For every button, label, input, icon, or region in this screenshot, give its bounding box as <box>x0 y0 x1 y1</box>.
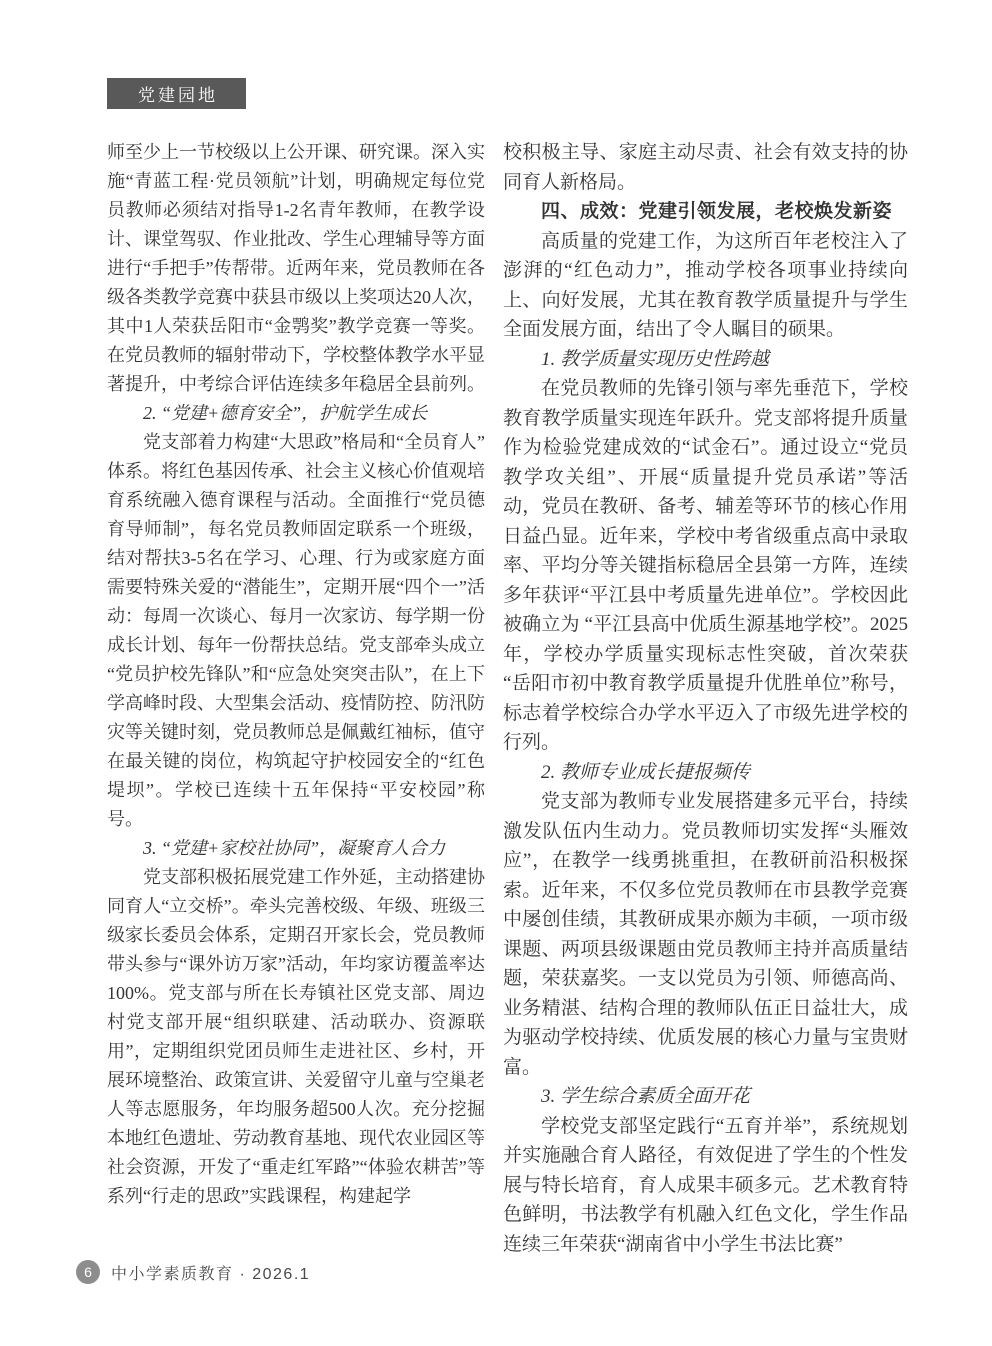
section-heading: 四、成效：党建引领发展，老校焕发新姿 <box>503 197 908 227</box>
paragraph: 党支部为教师专业发展搭建多元平台，持续激发队伍内生动力。党员教师切实发挥“头雁效… <box>503 787 908 1082</box>
paragraph: 党支部着力构建“大思政”格局和“全员育人”体系。将红色基因传承、社会主义核心价值… <box>107 428 485 834</box>
page-number-badge: 6 <box>76 1260 100 1284</box>
journal-title: 中小学素质教育 · 2026.1 <box>111 1261 310 1284</box>
paragraph: 师至少上一节校级以上公开课、研究课。深入实施“青蓝工程·党员领航”计划，明确规定… <box>107 138 485 399</box>
subsection-heading: 2. 教师专业成长捷报频传 <box>503 758 908 788</box>
paragraph: 在党员教师的先锋引领与率先垂范下，学校教育教学质量实现连年跃升。党支部将提升质量… <box>503 374 908 758</box>
right-column: 校积极主导、家庭主动尽责、社会有效支持的协同育人新格局。四、成效：党建引领发展，… <box>503 138 908 1259</box>
paragraph: 学校党支部坚定践行“五育并举”，系统规划并实施融合育人路径，有效促进了学生的个性… <box>503 1112 908 1260</box>
paragraph: 党支部积极拓展党建工作外延，主动搭建协同育人“立交桥”。牵头完善校级、年级、班级… <box>107 863 485 1211</box>
paragraph: 校积极主导、家庭主动尽责、社会有效支持的协同育人新格局。 <box>503 138 908 197</box>
journal-page: 党建园地 师至少上一节校级以上公开课、研究课。深入实施“青蓝工程·党员领航”计划… <box>0 0 992 1346</box>
subsection-heading: 3. 学生综合素质全面开花 <box>503 1082 908 1112</box>
left-column: 师至少上一节校级以上公开课、研究课。深入实施“青蓝工程·党员领航”计划，明确规定… <box>107 138 485 1211</box>
subsection-heading: 1. 教学质量实现历史性跨越 <box>503 345 908 375</box>
article-body: 师至少上一节校级以上公开课、研究课。深入实施“青蓝工程·党员领航”计划，明确规定… <box>107 138 907 1253</box>
paragraph: 高质量的党建工作，为这所百年老校注入了澎湃的“红色动力”，推动学校各项事业持续向… <box>503 227 908 345</box>
page-footer: 6 中小学素质教育 · 2026.1 <box>76 1260 310 1284</box>
section-badge: 党建园地 <box>107 78 246 109</box>
subsection-heading: 2. “党建+德育安全”，护航学生成长 <box>107 399 485 428</box>
subsection-heading: 3. “党建+家校社协同”，凝聚育人合力 <box>107 834 485 863</box>
